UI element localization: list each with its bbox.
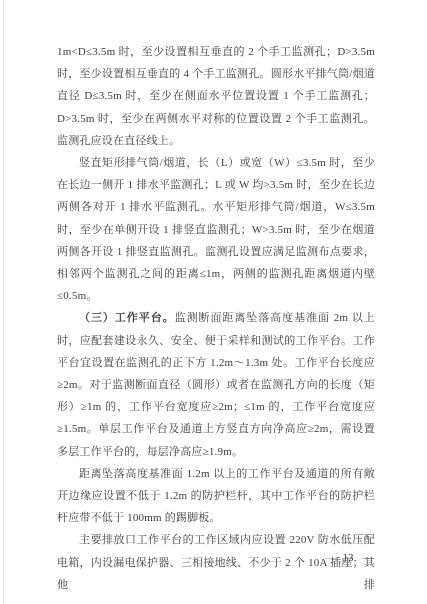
paragraph-guardrail-requirements: 距离坠落高度基准面 1.2m 以上的工作平台及通道的所有敞开边缘应设置不低于 1… (57, 463, 375, 530)
section-heading-work-platform: （三）工作平台。 (79, 312, 175, 324)
page-number: 13 (343, 551, 354, 565)
paragraph-work-platform: （三）工作平台。监测断面距离坠落高度基准面 2m 以上时，应配套建设永久、安全、… (57, 307, 375, 462)
footer-dash-left: — (324, 551, 335, 565)
page-footer: — 13 — (324, 551, 372, 565)
document-body-text: 1m<D≤3.5m 时，至少设置相互垂直的 2 个手工监测孔；D>3.5m 时，… (57, 41, 375, 596)
scan-edge-line (3, 0, 4, 604)
paragraph-rectangular-flue-monitoring-holes: 竖直矩形排气筒/烟道，长（L）或宽（W）≤3.5m 时，至少在长边一侧开 1 排… (57, 152, 375, 307)
footer-dash-right: — (361, 551, 372, 565)
paragraph-circular-flue-monitoring-holes: 1m<D≤3.5m 时，至少设置相互垂直的 2 个手工监测孔；D>3.5m 时，… (57, 41, 375, 152)
paragraph-work-platform-text: 监测断面距离坠落高度基准面 2m 以上时，应配套建设永久、安全、便于采样和测试的… (57, 312, 375, 457)
